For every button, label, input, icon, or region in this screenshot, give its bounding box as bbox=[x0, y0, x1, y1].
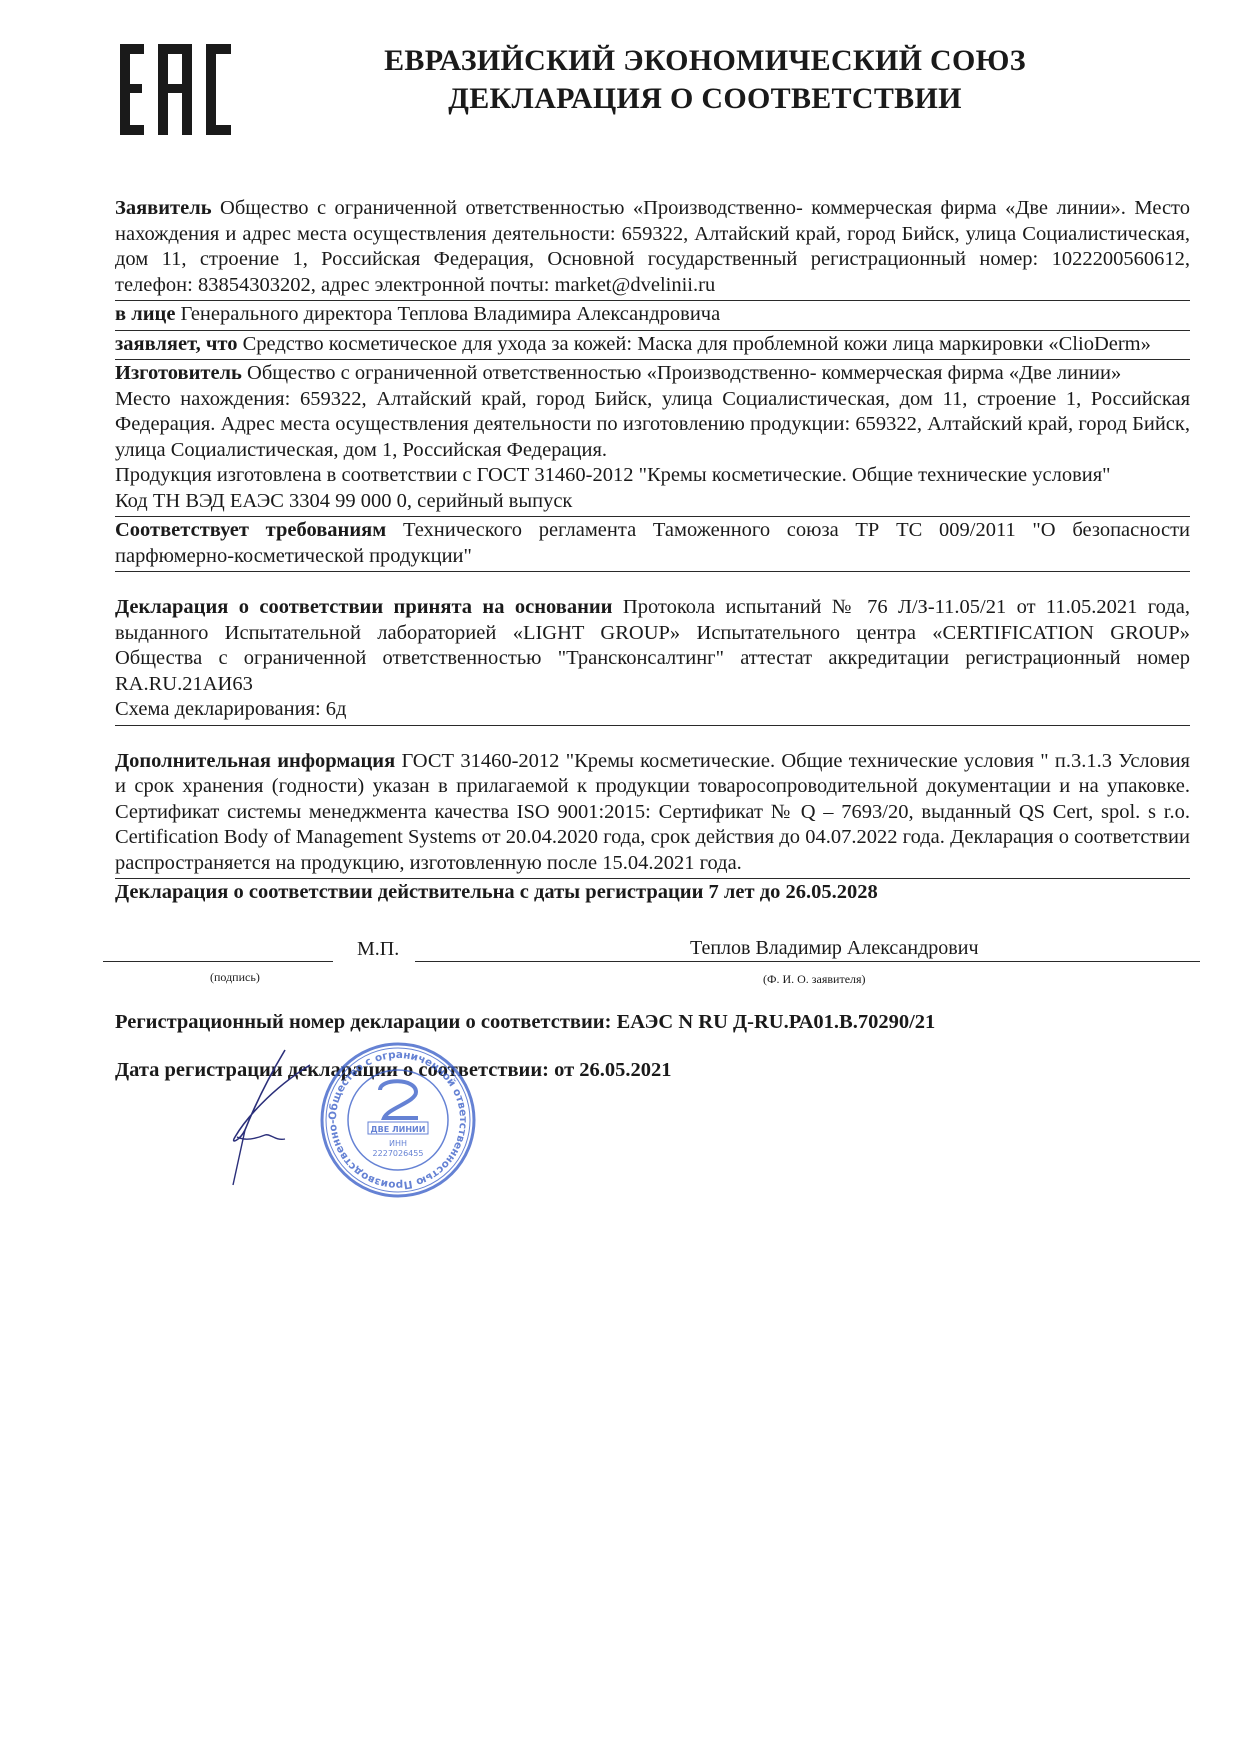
additional-info-section: Дополнительная информация ГОСТ 31460-201… bbox=[115, 748, 1190, 880]
seal-inn-number: 2227026455 bbox=[373, 1149, 424, 1158]
declares-section: заявляет, что Средство косметическое для… bbox=[115, 331, 1190, 361]
signature-block: (подпись) М.П. Теплов Владимир Александр… bbox=[115, 925, 1190, 1003]
declaration-title: ДЕКЛАРАЦИЯ О СООТВЕТСТВИИ bbox=[290, 80, 1120, 118]
seal-inn-label: ИНН bbox=[389, 1139, 407, 1148]
seal-place-label: М.П. bbox=[357, 937, 399, 963]
declaration-body: Заявитель Общество с ограниченной ответс… bbox=[115, 195, 1190, 1083]
declaration-page: ЕВРАЗИЙСКИЙ ЭКОНОМИЧЕСКИЙ СОЮЗ ДЕКЛАРАЦИ… bbox=[0, 0, 1240, 1753]
registration-number: ЕАЭС N RU Д-RU.РА01.В.70290/21 bbox=[617, 1011, 936, 1033]
union-title: ЕВРАЗИЙСКИЙ ЭКОНОМИЧЕСКИЙ СОЮЗ bbox=[290, 42, 1120, 80]
declares-label: заявляет, что bbox=[115, 333, 237, 355]
signatory-name-caption: (Ф. И. О. заявителя) bbox=[763, 967, 866, 993]
conforms-section: Соответствует требованиям Технического р… bbox=[115, 517, 1190, 572]
represented-by-label: в лице bbox=[115, 303, 175, 325]
represented-by-text: Генерального директора Теплова Владимира… bbox=[181, 303, 721, 325]
signature-caption: (подпись) bbox=[210, 965, 260, 991]
manufacturer-label: Изготовитель bbox=[115, 362, 242, 384]
manufacturer-standard: Продукция изготовлена в соответствии с Г… bbox=[115, 463, 1190, 489]
eac-mark-icon bbox=[118, 42, 233, 137]
seal-company-name: ДВЕ ЛИНИИ bbox=[371, 1125, 426, 1134]
document-header: ЕВРАЗИЙСКИЙ ЭКОНОМИЧЕСКИЙ СОЮЗ ДЕКЛАРАЦИ… bbox=[290, 42, 1120, 118]
applicant-text: Общество с ограниченной ответственностью… bbox=[115, 197, 1190, 296]
applicant-label: Заявитель bbox=[115, 197, 212, 219]
validity-statement: Декларация о соответствии действительна … bbox=[115, 879, 1190, 905]
registration-date: от 26.05.2021 bbox=[554, 1059, 671, 1081]
basis-label: Декларация о соответствии принята на осн… bbox=[115, 596, 613, 618]
manufacturer-address: Место нахождения: 659322, Алтайский край… bbox=[115, 387, 1190, 464]
signature-line bbox=[103, 961, 333, 962]
basis-section: Декларация о соответствии принята на осн… bbox=[115, 594, 1190, 726]
declaration-scheme: Схема декларирования: 6д bbox=[115, 697, 1190, 723]
conforms-label: Соответствует требованиям bbox=[115, 519, 386, 541]
manufacturer-text: Общество с ограниченной ответственностью… bbox=[247, 362, 1121, 384]
additional-info-label: Дополнительная информация bbox=[115, 750, 395, 772]
signatory-name: Теплов Владимир Александрович bbox=[690, 936, 979, 962]
applicant-section: Заявитель Общество с ограниченной ответс… bbox=[115, 195, 1190, 301]
represented-by-section: в лице Генерального директора Теплова Вл… bbox=[115, 301, 1190, 331]
registration-date-label: Дата регистрации декларации о соответств… bbox=[115, 1059, 549, 1081]
product-description: Средство косметическое для ухода за коже… bbox=[243, 333, 1151, 355]
registration-number-label: Регистрационный номер декларации о соотв… bbox=[115, 1011, 611, 1033]
registration-number-line: Регистрационный номер декларации о соотв… bbox=[115, 1009, 1190, 1035]
registration-date-line: Дата регистрации декларации о соответств… bbox=[115, 1057, 1190, 1083]
manufacturer-section: Изготовитель Общество с ограниченной отв… bbox=[115, 360, 1190, 517]
tn-ved-code: Код ТН ВЭД ЕАЭС 3304 99 000 0, серийный … bbox=[115, 489, 1190, 515]
